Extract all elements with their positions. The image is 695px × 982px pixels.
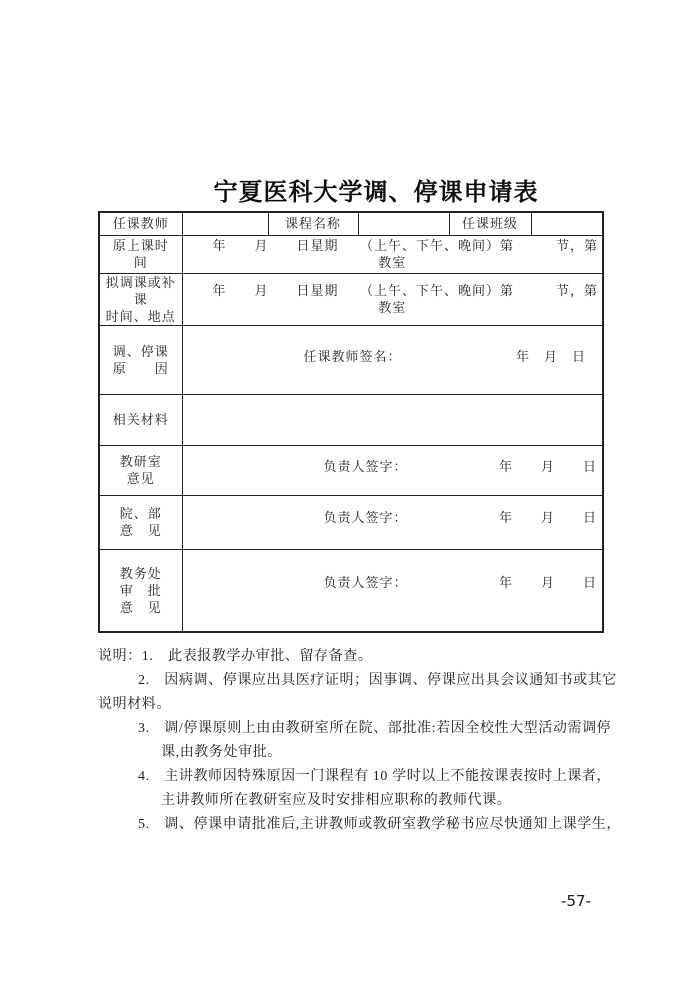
note-line: 3. 调/停课原则上由由教研室所在院、部批准:若因全校性大型活动需调停	[138, 717, 604, 741]
application-form-table: 任课教师 课程名称 任课班级 原上课时 间 年 月 日星期 （上午、下午、晚间）…	[98, 211, 604, 633]
approval-signature-label: 负责人签字：	[324, 574, 408, 591]
reason-date-placeholder: 年 月 日	[516, 348, 586, 365]
teaching-office-opinion-content: 负责人签字： 年 月 日	[182, 445, 603, 495]
proposed-time-row: 拟调课或补 课 时间、地点 年 月 日星期 （上午、下午、晚间）第 节，第 教室	[99, 273, 603, 325]
original-time-label: 原上课时 间	[99, 235, 182, 273]
note-line: 说明材料。	[98, 693, 604, 717]
document-page: 宁夏医科大学调、停课申请表 任课教师 课程名称 任课班级 原上课时 间 年 月 …	[0, 0, 695, 982]
reason-row: 调、停课 原 因 任课教师签名： 年 月 日	[99, 325, 603, 394]
office-signature-label: 负责人签字：	[324, 458, 408, 475]
note-line: 主讲教师所在教研室应及时安排相应职称的教师代课。	[161, 789, 604, 813]
notes-section: 说明：1. 此表报教学办审批、留存备查。 2. 因病调、停课应出具医疗证明；因事…	[98, 645, 604, 837]
college-date-placeholder: 年 月 日	[499, 509, 597, 526]
college-opinion-label: 院、部 意 见	[99, 495, 182, 549]
original-time-room: 教室	[183, 254, 603, 271]
proposed-time-blanks: 年 月 日星期 （上午、下午、晚间）第 节，第	[183, 282, 603, 299]
materials-content	[182, 394, 603, 445]
note-line: 2. 因病调、停课应出具医疗证明；因事调、停课应出具会议通知书或其它	[138, 669, 604, 693]
note-line: 5. 调、停课申请批准后,主讲教师或教研室教学秘书应尽快通知上课学生，	[138, 813, 604, 837]
approval-date-placeholder: 年 月 日	[499, 574, 597, 591]
academic-affairs-approval-content: 负责人签字： 年 月 日	[182, 549, 603, 632]
teacher-value-cell	[182, 212, 268, 235]
proposed-time-room: 教室	[183, 299, 603, 316]
materials-label: 相关材料	[99, 394, 182, 445]
college-opinion-content: 负责人签字： 年 月 日	[182, 495, 603, 549]
proposed-time-label: 拟调课或补 课 时间、地点	[99, 273, 182, 325]
page-number: -57-	[540, 892, 612, 910]
academic-affairs-approval-row: 教务处 审 批 意 见 负责人签字： 年 月 日	[99, 549, 603, 632]
materials-row: 相关材料	[99, 394, 603, 445]
course-label: 课程名称	[268, 212, 358, 235]
class-value-cell	[531, 212, 603, 235]
original-time-blanks: 年 月 日星期 （上午、下午、晚间）第 节，第	[183, 237, 603, 254]
note-line: 课,由教务处审批。	[161, 741, 604, 765]
college-opinion-row: 院、部 意 见 负责人签字： 年 月 日	[99, 495, 603, 549]
office-date-placeholder: 年 月 日	[499, 458, 597, 475]
class-label: 任课班级	[449, 212, 531, 235]
teacher-signature-label: 任课教师签名：	[304, 348, 402, 365]
teaching-office-opinion-label: 教研室 意见	[99, 445, 182, 495]
note-line: 4. 主讲教师因特殊原因一门课程有 10 学时以上不能按课表按时上课者，	[138, 765, 604, 789]
note-line: 说明：1. 此表报教学办审批、留存备查。	[98, 645, 604, 669]
original-time-row: 原上课时 间 年 月 日星期 （上午、下午、晚间）第 节，第 教室	[99, 235, 603, 273]
header-row: 任课教师 课程名称 任课班级	[99, 212, 603, 235]
original-time-content: 年 月 日星期 （上午、下午、晚间）第 节，第 教室	[182, 235, 603, 273]
teacher-label: 任课教师	[99, 212, 182, 235]
college-signature-label: 负责人签字：	[324, 509, 408, 526]
academic-affairs-approval-label: 教务处 审 批 意 见	[99, 549, 182, 632]
reason-label: 调、停课 原 因	[99, 325, 182, 394]
teaching-office-opinion-row: 教研室 意见 负责人签字： 年 月 日	[99, 445, 603, 495]
course-value-cell	[358, 212, 449, 235]
proposed-time-content: 年 月 日星期 （上午、下午、晚间）第 节，第 教室	[182, 273, 603, 325]
reason-content: 任课教师签名： 年 月 日	[182, 325, 603, 394]
page-title: 宁夏医科大学调、停课申请表	[98, 172, 602, 207]
